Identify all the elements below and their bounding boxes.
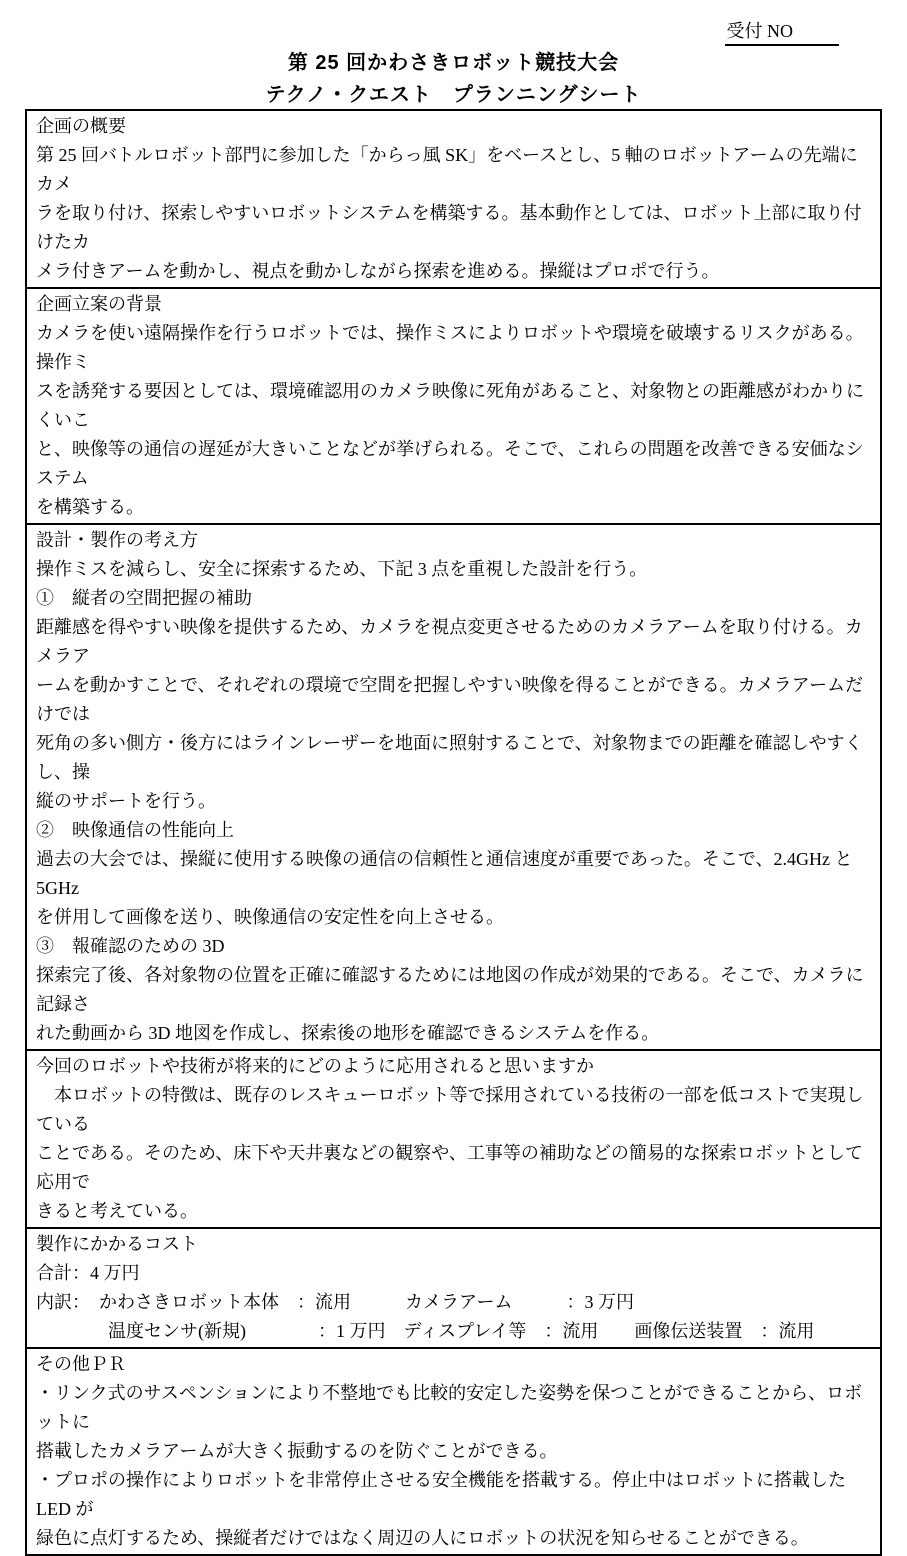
text-line: 緑色に点灯するため、操縦者だけではなく周辺の人にロボットの状況を知らせることがで…: [36, 1524, 871, 1553]
reception-no-label: 受付 NO: [725, 20, 840, 46]
planning-sheet-table: 企画の概要 第 25 回バトルロボット部門に参加した「からっ風 SK」をベースと…: [25, 109, 882, 1556]
text-line: スを誘発する要因としては、環境確認用のカメラ映像に死角があること、対象物との距離…: [36, 377, 871, 435]
section-production-cost: 製作にかかるコスト 合計：4 万円内訳： かわさきロボット本体 ：流用 カメラア…: [27, 1229, 880, 1349]
section-heading-other-pr: その他ＰＲ: [36, 1350, 871, 1379]
text-line: ・プロポの操作によりロボットを非常停止させる安全機能を搭載する。停止中はロボット…: [36, 1466, 871, 1524]
text-line: ③ 報確認のための 3D: [36, 932, 871, 961]
text-line: 搭載したカメラアームが大きく振動するのを防ぐことができる。: [36, 1437, 871, 1466]
text-line: 合計：4 万円: [36, 1259, 871, 1288]
text-line: 過去の大会では、操縦に使用する映像の通信の信頼性と通信速度が重要であった。そこで…: [36, 845, 871, 903]
section-body-production-cost: 合計：4 万円内訳： かわさきロボット本体 ：流用 カメラアーム ：3 万円 温…: [36, 1259, 871, 1346]
section-body-design-approach: 操作ミスを減らし、安全に探索するため、下記 3 点を重視した設計を行う。① 縦者…: [36, 555, 871, 1048]
section-other-pr: その他ＰＲ ・リンク式のサスペンションにより不整地でも比較的安定した姿勢を保つこ…: [27, 1349, 880, 1554]
text-line: きると考えている。: [36, 1197, 871, 1226]
text-line: 本ロボットの特徴は、既存のレスキューロボット等で採用されている技術の一部を低コス…: [36, 1081, 871, 1139]
text-line: ① 縦者の空間把握の補助: [36, 584, 871, 613]
text-line: を併用して画像を送り、映像通信の安定性を向上させる。: [36, 903, 871, 932]
page-subtitle: テクノ・クエスト プランニングシート: [0, 82, 907, 108]
text-line: 操作ミスを減らし、安全に探索するため、下記 3 点を重視した設計を行う。: [36, 555, 871, 584]
section-heading-design-approach: 設計・製作の考え方: [36, 526, 871, 555]
text-line: ② 映像通信の性能向上: [36, 816, 871, 845]
section-plan-overview: 企画の概要 第 25 回バトルロボット部門に参加した「からっ風 SK」をベースと…: [27, 111, 880, 289]
text-line: ラを取り付け、探索しやすいロボットシステムを構築する。基本動作としては、ロボット…: [36, 199, 871, 257]
section-heading-plan-overview: 企画の概要: [36, 112, 871, 141]
section-body-other-pr: ・リンク式のサスペンションにより不整地でも比較的安定した姿勢を保つことができるこ…: [36, 1379, 871, 1553]
title-block: 第 25 回かわさきロボット競技大会 テクノ・クエスト プランニングシート: [0, 50, 907, 108]
text-line: メラ付きアームを動かし、視点を動かしながら探索を進める。操縦はプロポで行う。: [36, 257, 871, 286]
section-design-approach: 設計・製作の考え方 操作ミスを減らし、安全に探索するため、下記 3 点を重視した…: [27, 525, 880, 1051]
text-line: ームを動かすことで、それぞれの環境で空間を把握しやすい映像を得ることができる。カ…: [36, 671, 871, 729]
section-heading-background: 企画立案の背景: [36, 290, 871, 319]
text-line: 死角の多い側方・後方にはラインレーザーを地面に照射することで、対象物までの距離を…: [36, 729, 871, 787]
section-future-applications: 今回のロボットや技術が将来的にどのように応用されると思いますか 本ロボットの特徴…: [27, 1051, 880, 1229]
text-line: 第 25 回バトルロボット部門に参加した「からっ風 SK」をベースとし、5 軸の…: [36, 141, 871, 199]
text-line: れた動画から 3D 地図を作成し、探索後の地形を確認できるシステムを作る。: [36, 1019, 871, 1048]
text-line: 内訳： かわさきロボット本体 ：流用 カメラアーム ：3 万円: [36, 1288, 871, 1317]
page-title: 第 25 回かわさきロボット競技大会: [0, 50, 907, 76]
section-heading-production-cost: 製作にかかるコスト: [36, 1230, 871, 1259]
text-line: 縦のサポートを行う。: [36, 787, 871, 816]
text-line: と、映像等の通信の遅延が大きいことなどが挙げられる。そこで、これらの問題を改善で…: [36, 435, 871, 493]
section-heading-future-applications: 今回のロボットや技術が将来的にどのように応用されると思いますか: [36, 1052, 871, 1081]
text-line: 探索完了後、各対象物の位置を正確に確認するためには地図の作成が効果的である。そこ…: [36, 961, 871, 1019]
section-body-future-applications: 本ロボットの特徴は、既存のレスキューロボット等で採用されている技術の一部を低コス…: [36, 1081, 871, 1226]
section-background: 企画立案の背景 カメラを使い遠隔操作を行うロボットでは、操作ミスによりロボットや…: [27, 289, 880, 525]
text-line: ・リンク式のサスペンションにより不整地でも比較的安定した姿勢を保つことができるこ…: [36, 1379, 871, 1437]
text-line: を構築する。: [36, 493, 871, 522]
text-line: カメラを使い遠隔操作を行うロボットでは、操作ミスによりロボットや環境を破壊するリ…: [36, 319, 871, 377]
section-body-plan-overview: 第 25 回バトルロボット部門に参加した「からっ風 SK」をベースとし、5 軸の…: [36, 141, 871, 286]
text-line: 温度センサ(新規) ：1 万円 ディスプレイ等 ：流用 画像伝送装置 ：流用: [36, 1317, 871, 1346]
section-body-background: カメラを使い遠隔操作を行うロボットでは、操作ミスによりロボットや環境を破壊するリ…: [36, 319, 871, 522]
text-line: 距離感を得やすい映像を提供するため、カメラを視点変更させるためのカメラアームを取…: [36, 613, 871, 671]
text-line: ことである。そのため、床下や天井裏などの観察や、工事等の補助などの簡易的な探索ロ…: [36, 1139, 871, 1197]
